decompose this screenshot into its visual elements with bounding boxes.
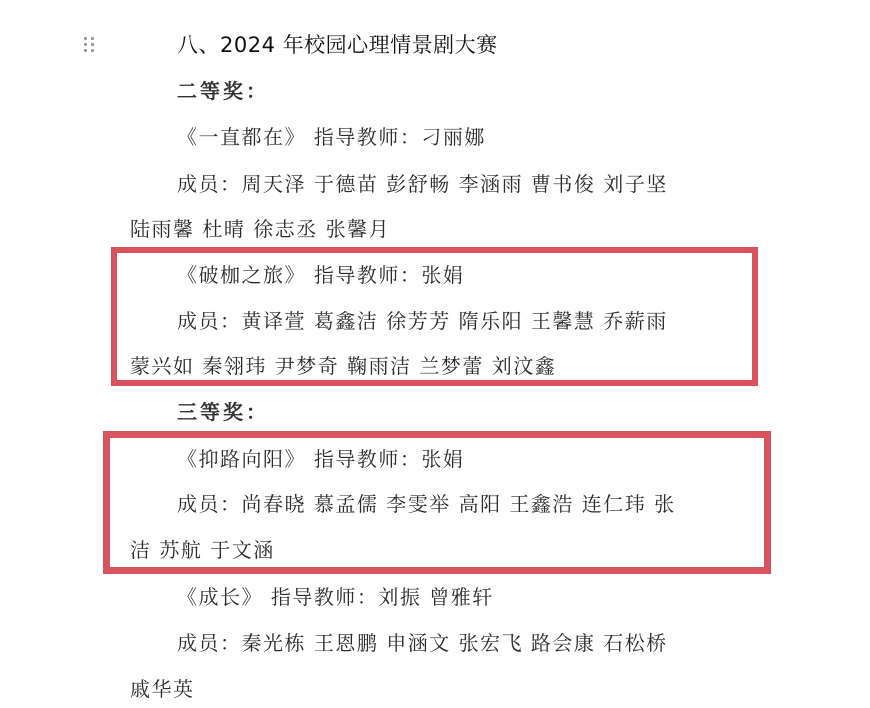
entry-members-line: 成员：黄译萱 葛鑫洁 徐芳芳 隋乐阳 王馨慧 乔薪雨	[177, 308, 668, 334]
entry-title-line: 《抑路向阳》 指导教师：张娟	[177, 446, 464, 472]
entry-title-line: 《一直都在》 指导教师：刁丽娜	[177, 124, 486, 150]
entry-title-line: 《成长》 指导教师：刘振 曾雅轩	[177, 584, 494, 610]
entry-members-line-continued: 洁 苏航 于文涵	[130, 537, 275, 563]
entry-members-line: 成员：尚春晓 慕孟儒 李雯举 高阳 王鑫浩 连仁玮 张	[177, 491, 676, 517]
third-prize-heading: 三等奖：	[177, 399, 269, 425]
entry-members-line-continued: 陆雨馨 杜晴 徐志丞 张馨月	[130, 216, 390, 242]
drag-handle-icon[interactable]	[84, 37, 94, 53]
section-title: 八、2024 年校园心理情景剧大赛	[177, 32, 498, 58]
entry-members-line: 成员：周天泽 于德苗 彭舒畅 李涵雨 曹书俊 刘子坚	[177, 171, 668, 197]
entry-members-line-continued: 戚华英	[130, 676, 195, 702]
entry-title-line: 《破枷之旅》 指导教师：张娟	[177, 262, 464, 288]
second-prize-heading: 二等奖：	[177, 78, 269, 104]
entry-members-line: 成员：秦光栋 王恩鹏 申涵文 张宏飞 路会康 石松桥	[177, 630, 668, 656]
entry-members-line-continued: 蒙兴如 秦翎玮 尹梦奇 鞠雨洁 兰梦蕾 刘汶鑫	[130, 353, 556, 379]
